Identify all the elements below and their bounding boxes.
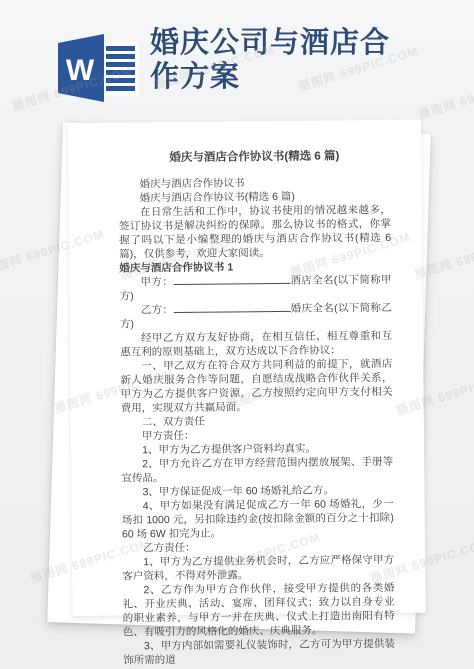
template-preview: 婚庆与酒店合作协议书(精选 6 篇)婚庆与酒店合作协议书婚庆与酒店合作协议书(精…: [0, 0, 474, 669]
document-page: 婚庆与酒店合作协议书(精选 6 篇)婚庆与酒店合作协议书婚庆与酒店合作协议书(精…: [68, 120, 426, 616]
document-body: 婚庆与酒店合作协议书(精选 6 篇)婚庆与酒店合作协议书婚庆与酒店合作协议书(精…: [68, 120, 426, 616]
doc-paragraph-indent: 1、甲方为乙方提供业务机会时，乙方应严格保守甲方客户资料，不得对外泄露。: [122, 553, 394, 584]
doc-paragraph-doc-title: 婚庆与酒店合作协议书(精选 6 篇): [118, 149, 390, 166]
doc-paragraph-indent: 3、甲方内部如需要礼仪装饰时，乙方可为甲方提供装饰所需的道: [123, 637, 395, 668]
doc-paragraph-indent: 在日常生活和工作中，协议书使用的情况越来越多，签订协议书是解决纠纷的保障。那么协…: [119, 203, 392, 262]
blank-underline: [173, 302, 290, 313]
blank-underline: [173, 274, 290, 285]
doc-paragraph-indent: 2、乙方作为甲方合作伙伴，接受甲方提供的各类婚礼、开业庆典、活动、宴席、团拜仪式…: [122, 581, 395, 640]
word-icon-document-lines: [102, 42, 139, 96]
doc-paragraph-indent: 2、甲方允许乙方在甲方经营范围内摆放展架、手册等宣传品。: [121, 455, 393, 486]
doc-paragraph-party: 甲方：酒店全名(以下简称甲方): [119, 273, 391, 304]
word-icon-flag: W: [58, 34, 104, 102]
header: W 婚庆公司与酒店合作方案: [0, 0, 474, 118]
party-label: 甲方：: [140, 276, 173, 288]
word-icon-letter: W: [66, 54, 95, 87]
party-label: 乙方：: [141, 304, 174, 316]
page-title: 婚庆公司与酒店合作方案: [150, 26, 396, 94]
word-icon: W: [54, 33, 142, 103]
doc-paragraph-indent: 经甲乙方双方友好协商，在相互信任、相互尊重和互惠互利的原则基础上，双方达成以下合…: [120, 329, 392, 360]
doc-paragraph-indent: 4、甲方如果没有满足促成乙方一年 60 场婚礼，少一场扣 1000 元，另扣除违…: [122, 497, 394, 542]
doc-paragraph-party: 乙方：婚庆全名(以下简称乙方): [120, 301, 392, 332]
doc-paragraph-indent: 一、甲乙双方在符合双方共同利益的前提下，就酒店新人婚庆服务合作等问题，自愿结成战…: [120, 357, 393, 416]
